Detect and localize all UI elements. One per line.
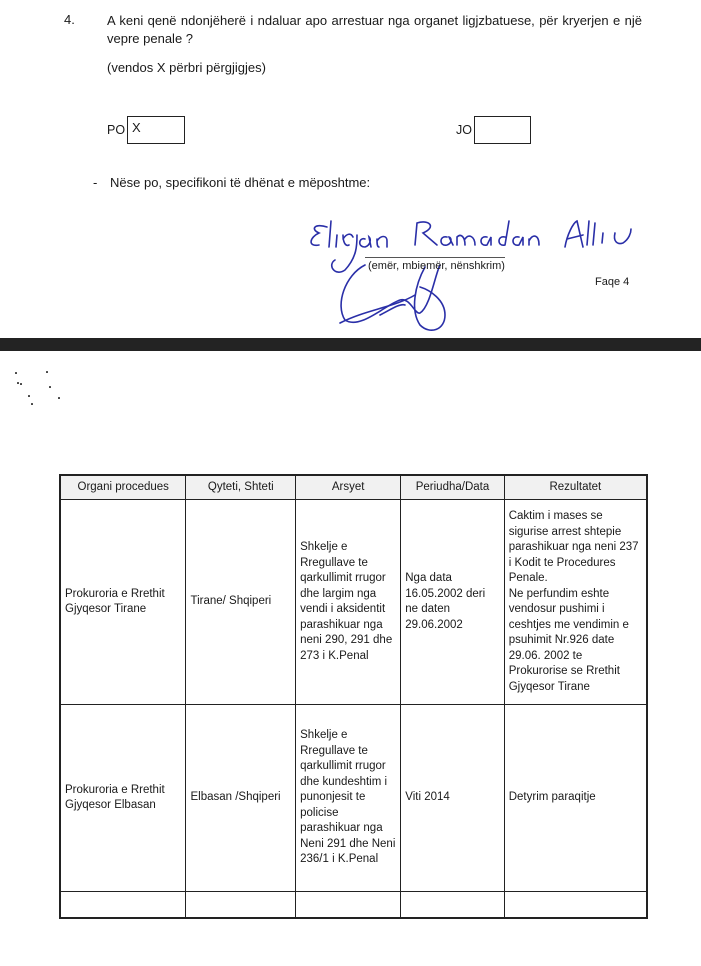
- cell-city: Tirane/ Shqiperi: [186, 500, 296, 705]
- signature-line: [365, 257, 505, 258]
- header-period: Periudha/Data: [401, 475, 504, 500]
- table-row-empty: [60, 892, 647, 919]
- question-text: A keni qenë ndonjëherë i ndaluar apo arr…: [107, 12, 642, 48]
- header-result: Rezultatet: [504, 475, 647, 500]
- question-hint: (vendos X përbri përgjigjes): [107, 60, 266, 75]
- cell-reasons: Shkelje e Rregullave te qarkullimit rrug…: [296, 705, 401, 892]
- signature-caption: (emër, mbiemër, nënshkrim): [368, 260, 505, 272]
- cell-city: [186, 892, 296, 919]
- records-table: Organi procedues Qyteti, Shteti Arsyet P…: [59, 474, 648, 919]
- cell-reasons: Shkelje e Rregullave te qarkullimit rrug…: [296, 500, 401, 705]
- cell-city: Elbasan /Shqiperi: [186, 705, 296, 892]
- cell-organ: [60, 892, 186, 919]
- option-jo-checkbox[interactable]: [474, 116, 531, 144]
- cell-period: Nga data 16.05.2002 deri ne daten 29.06.…: [401, 500, 504, 705]
- option-jo-label: JO: [456, 123, 472, 137]
- specify-instruction: Nëse po, specifikoni të dhënat e mëposht…: [110, 175, 370, 190]
- question-number: 4.: [64, 12, 75, 27]
- cell-result: Detyrim paraqitje: [504, 705, 647, 892]
- cell-period: [401, 892, 504, 919]
- header-organ: Organi procedues: [60, 475, 186, 500]
- table-header-row: Organi procedues Qyteti, Shteti Arsyet P…: [60, 475, 647, 500]
- header-reasons: Arsyet: [296, 475, 401, 500]
- cell-period: Viti 2014: [401, 705, 504, 892]
- cell-result: [504, 892, 647, 919]
- table-row: Prokuroria e Rrethit Gjyqesor Tirane Tir…: [60, 500, 647, 705]
- cell-organ: Prokuroria e Rrethit Gjyqesor Elbasan: [60, 705, 186, 892]
- page-number: Faqe 4: [595, 276, 629, 288]
- page-divider: [0, 338, 701, 351]
- table-row: Prokuroria e Rrethit Gjyqesor Elbasan El…: [60, 705, 647, 892]
- option-po-label: PO: [107, 123, 125, 137]
- cell-result: Caktim i mases se sigurise arrest shtepi…: [504, 500, 647, 705]
- cell-organ: Prokuroria e Rrethit Gjyqesor Tirane: [60, 500, 186, 705]
- header-city: Qyteti, Shteti: [186, 475, 296, 500]
- option-po-checkbox[interactable]: X: [127, 116, 185, 144]
- cell-reasons: [296, 892, 401, 919]
- bullet-dash: -: [93, 175, 97, 190]
- scan-specks: [0, 350, 80, 410]
